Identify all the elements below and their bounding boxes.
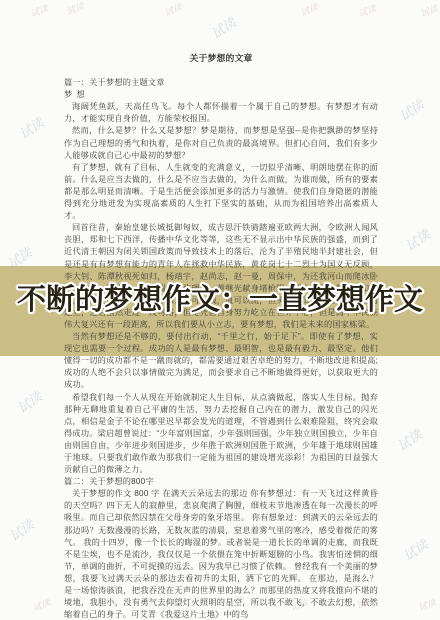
page-title: 关于梦想的文章: [64, 52, 378, 64]
watermark-icon: 试读: [418, 1, 439, 19]
document-page: 关于梦想的文章 篇一：关于梦想的主题文章梦 想海阔凭鱼跃，天高任鸟飞。每个人都怀…: [0, 0, 440, 620]
paragraph: 当然有梦想还是不够的，要付出行动，“千里之行，始于足下”。即使有了梦想，实现它也…: [64, 331, 378, 391]
section-heading: 篇二：关于梦想的800字: [64, 476, 378, 488]
overlay-headline-text: 不断的梦想作文：一直梦想作文: [17, 282, 423, 316]
paragraph: 海阔凭鱼跃，天高任鸟飞。每个人都怀揣着一个属于自己的梦想。有梦想才有动力，才能实…: [64, 101, 378, 125]
watermark-icon: 试读: [416, 595, 437, 613]
paragraph: 关于梦想的作文 800 字 在满天云朵远去的那边 你有梦想过：有一天飞过这样黄昏…: [64, 488, 378, 620]
watermark-icon: 试读: [399, 534, 431, 564]
watermark-icon: 试读: [28, 1, 49, 19]
paragraph: 希望我们每一个人从现在开始就制定人生目标，从点滴做起，落实人生目标。抛弃那种无聊…: [64, 392, 378, 477]
watermark-icon: 试读: [162, 0, 183, 18]
watermark-icon: 试读: [30, 595, 51, 613]
overlay-headline: 不断的梦想作文：一直梦想作文: [0, 278, 440, 318]
watermark-icon: 试读: [5, 514, 37, 544]
watermark-icon: 试读: [13, 386, 45, 416]
watermark-icon: 试读: [395, 94, 427, 124]
article-blocks: 篇一：关于梦想的主题文章梦 想海阔凭鱼跃，天高任鸟飞。每个人都怀揣着一个属于自己…: [64, 77, 378, 620]
watermark-icon: 试读: [207, 12, 239, 42]
document-body: 关于梦想的文章 篇一：关于梦想的主题文章梦 想海阔凭鱼跃，天高任鸟飞。每个人都怀…: [64, 52, 378, 620]
section-heading: 篇一：关于梦想的主题文章: [64, 77, 378, 89]
watermark-icon: 试读: [64, 0, 85, 18]
watermark-icon: 试读: [15, 112, 47, 142]
watermark-icon: 试读: [401, 224, 433, 254]
paragraph: 然而，什么是梦？什么又是梦想？梦是期待，而梦想是坚强--是你把飘渺的梦坚持作为自…: [64, 125, 378, 161]
watermark-icon: 试读: [393, 424, 425, 454]
paragraph: 有了梦想，就有了目标，人生就变的充满意义，一切似乎清晰、明朗地摆在你的面前。什么…: [64, 162, 378, 222]
section-heading: 梦 想: [64, 89, 378, 101]
watermark-icon: 试读: [298, 0, 319, 18]
watermark-icon: 试读: [356, 1, 377, 19]
